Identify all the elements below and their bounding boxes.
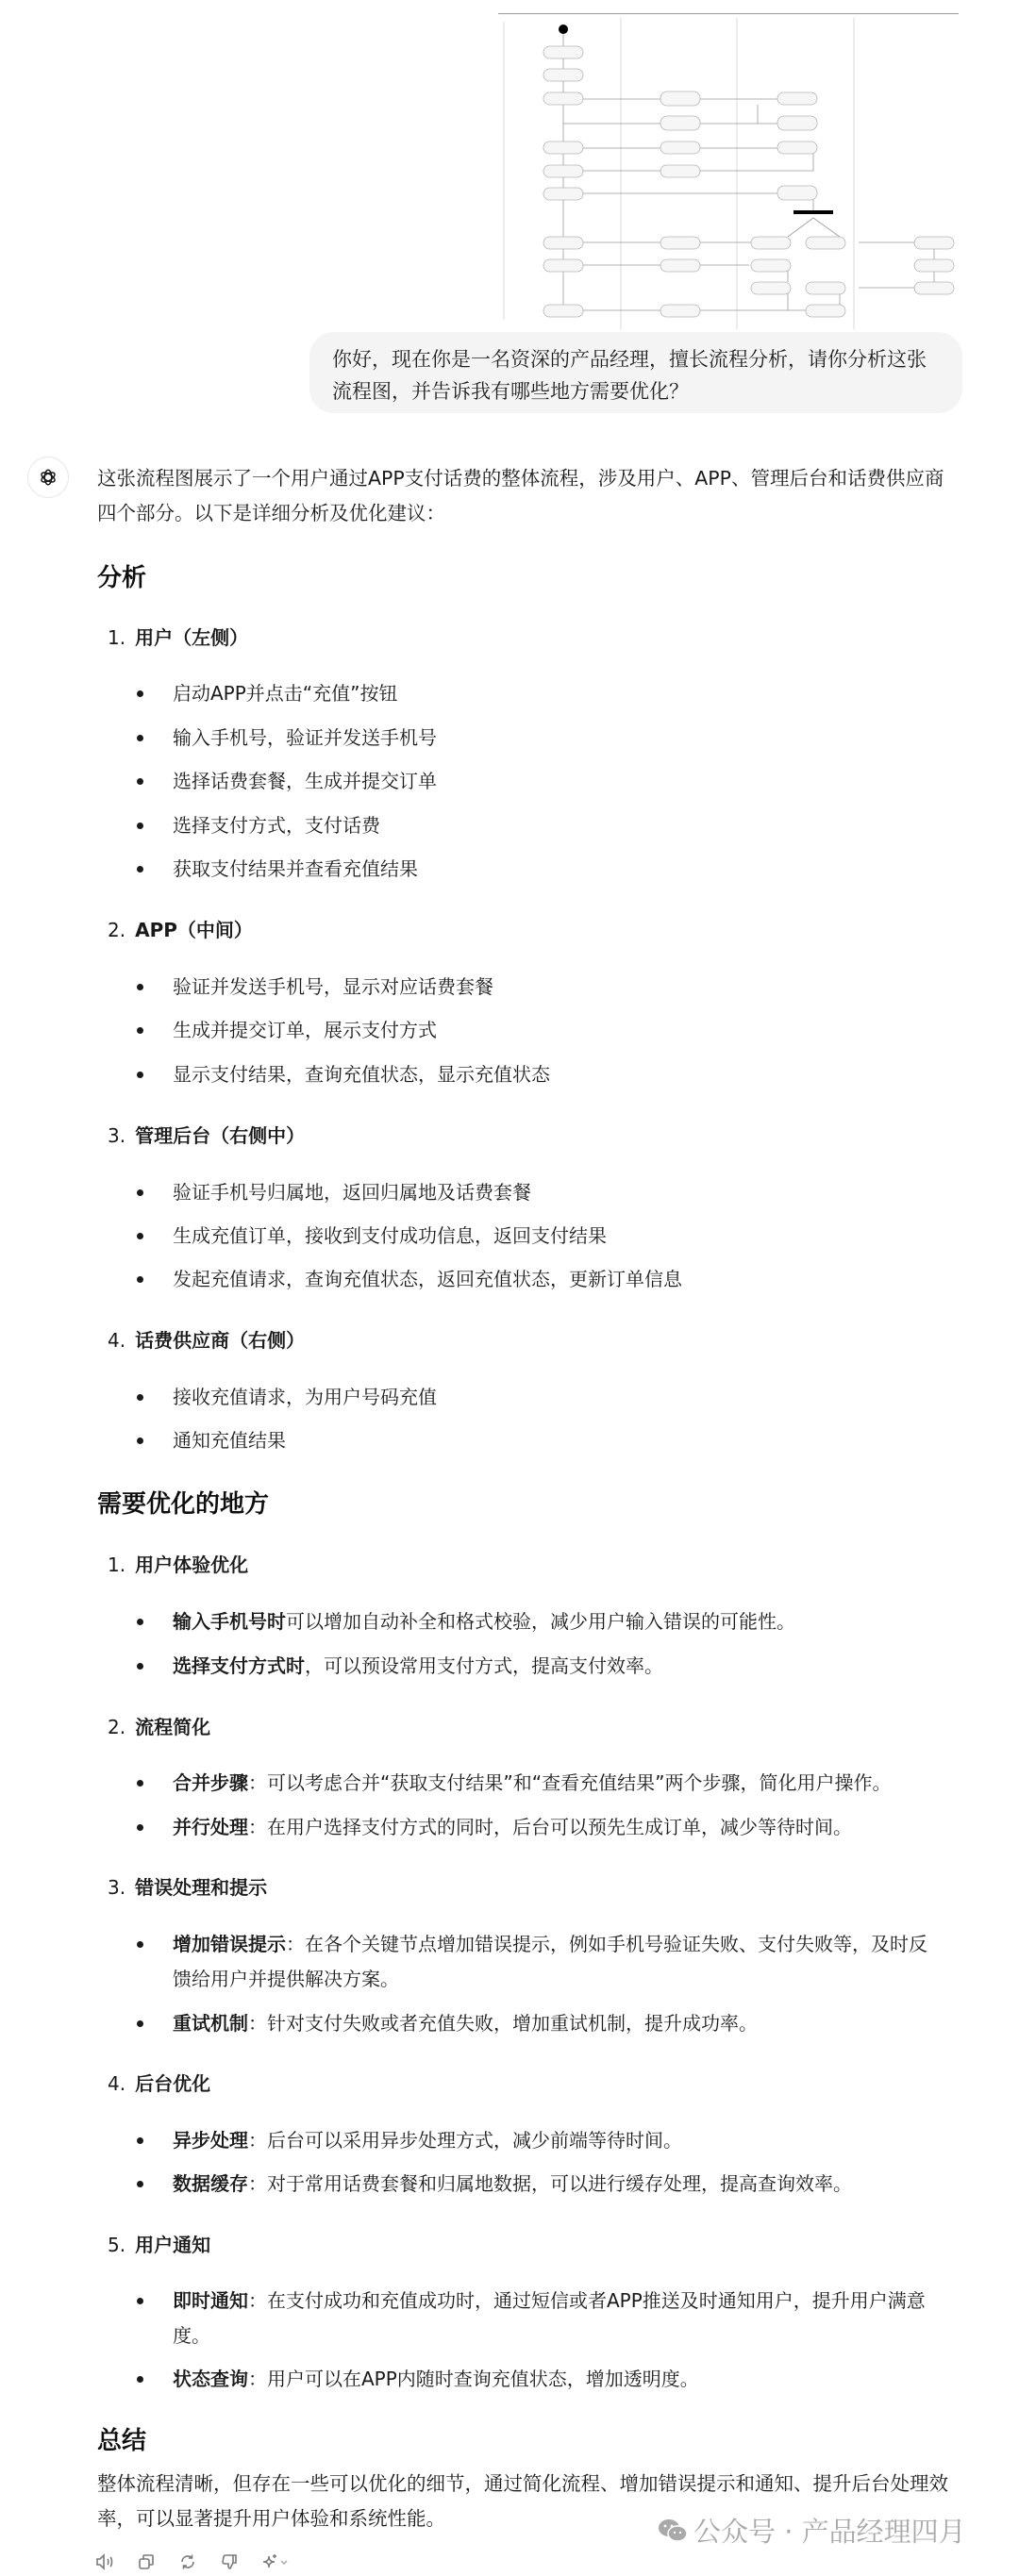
message-actions	[94, 2551, 292, 2572]
list-item: 生成充值订单，接收到支付成功信息，返回支付结果	[137, 1219, 967, 1254]
user-message-text: 你好，现在你是一名资深的产品经理，擅长流程分析，请你分析这张流程图，并告诉我有哪…	[332, 348, 927, 403]
list-item: 获取支付结果并查看充值结果	[137, 852, 967, 887]
intro-line-1: 这张流程图展示了一个用户通过APP支付话费的整体流程，涉及用户、APP、管理后台…	[97, 461, 965, 496]
user-message-bubble: 你好，现在你是一名资深的产品经理，擅长流程分析，请你分析这张流程图，并告诉我有哪…	[309, 332, 962, 413]
list-item: 并行处理：在用户选择支付方式的同时，后台可以预先生成订单，减少等待时间。	[137, 1810, 967, 1845]
list-item: 数据缓存：对于常用话费套餐和归属地数据，可以进行缓存处理，提高查询效率。	[137, 2167, 967, 2202]
list-item: 验证手机号归属地，返回归属地及话费套餐	[137, 1175, 967, 1210]
assistant-intro: 这张流程图展示了一个用户通过APP支付话费的整体流程，涉及用户、APP、管理后台…	[97, 461, 965, 531]
list-item: 通知充值结果	[137, 1423, 967, 1458]
read-aloud-icon[interactable]	[94, 2551, 115, 2572]
optimize-item-simplify: 2.流程简化	[108, 1712, 210, 1739]
list-item: 输入手机号，验证并发送手机号	[137, 721, 967, 756]
optimize-item-notify: 5.用户通知	[108, 2230, 210, 2257]
list-item: 发起充值请求，查询充值状态，返回充值状态，更新订单信息	[137, 1262, 967, 1297]
optimize-item-errors: 3.错误处理和提示	[108, 1872, 267, 1900]
analysis-item-supplier: 4.话费供应商（右侧）	[108, 1325, 305, 1353]
model-switch-icon[interactable]	[260, 2551, 292, 2572]
optimize-item-backend: 4.后台优化	[108, 2069, 210, 2096]
list-item: 异步处理：后台可以采用异步处理方式，减少前端等待时间。	[137, 2123, 967, 2158]
analysis-heading: 分析	[97, 558, 146, 593]
list-item: 选择话费套餐，生成并提交订单	[137, 764, 967, 799]
optimize-item-ux: 1.用户体验优化	[108, 1550, 248, 1577]
analysis-item-admin: 3.管理后台（右侧中）	[108, 1121, 305, 1148]
openai-logo-icon	[38, 467, 58, 488]
summary-line-1: 整体流程清晰，但存在一些可以优化的细节，通过简化流程、增加错误提示和通知、提升后…	[97, 2467, 965, 2501]
list-item: 状态查询：用户可以在APP内随时查询充值状态，增加透明度。	[137, 2362, 967, 2397]
list-item: 输入手机号时可以增加自动补全和格式校验，减少用户输入错误的可能性。	[137, 1604, 967, 1639]
optimize-heading: 需要优化的地方	[97, 1485, 269, 1520]
list-item: 重试机制：针对支付失败或者充值失败，增加重试机制，提升成功率。	[137, 2006, 967, 2041]
regenerate-icon[interactable]	[177, 2551, 198, 2572]
intro-line-2: 四个部分。以下是详细分析及优化建议：	[97, 496, 965, 531]
list-item: 增加错误提示：在各个关键节点增加错误提示，例如手机号验证失败、支付失败等，及时反…	[137, 1927, 967, 1997]
assistant-avatar	[27, 457, 69, 498]
watermark: 公众号 · 产品经理四月	[658, 2511, 966, 2550]
attached-flowchart-image[interactable]	[498, 13, 959, 329]
list-item: 即时通知：在支付成功和充值成功时，通过短信或者APP推送及时通知用户，提升用户满…	[137, 2284, 967, 2353]
chevron-down-icon	[281, 2561, 287, 2564]
list-item: 验证并发送手机号，显示对应话费套餐	[137, 970, 967, 1005]
list-item: 合并步骤：可以考虑合并“获取支付结果”和“查看充值结果”两个步骤，简化用户操作。	[137, 1766, 967, 1801]
list-item: 接收充值请求，为用户号码充值	[137, 1380, 967, 1415]
list-item: 显示支付结果，查询充值状态，显示充值状态	[137, 1057, 967, 1092]
summary-heading: 总结	[97, 2421, 146, 2456]
list-item: 选择支付方式，支付话费	[137, 808, 967, 843]
list-item: 生成并提交订单，展示支付方式	[137, 1013, 967, 1048]
thumbs-down-icon[interactable]	[219, 2551, 240, 2572]
analysis-item-app: 2.APP（中间）	[108, 915, 253, 942]
list-item: 启动APP并点击“充值”按钮	[137, 676, 967, 711]
wechat-icon	[658, 2518, 688, 2544]
copy-icon[interactable]	[136, 2551, 157, 2572]
list-item: 选择支付方式时，可以预设常用支付方式，提高支付效率。	[137, 1649, 967, 1684]
analysis-item-user: 1.用户（左侧）	[108, 623, 248, 650]
